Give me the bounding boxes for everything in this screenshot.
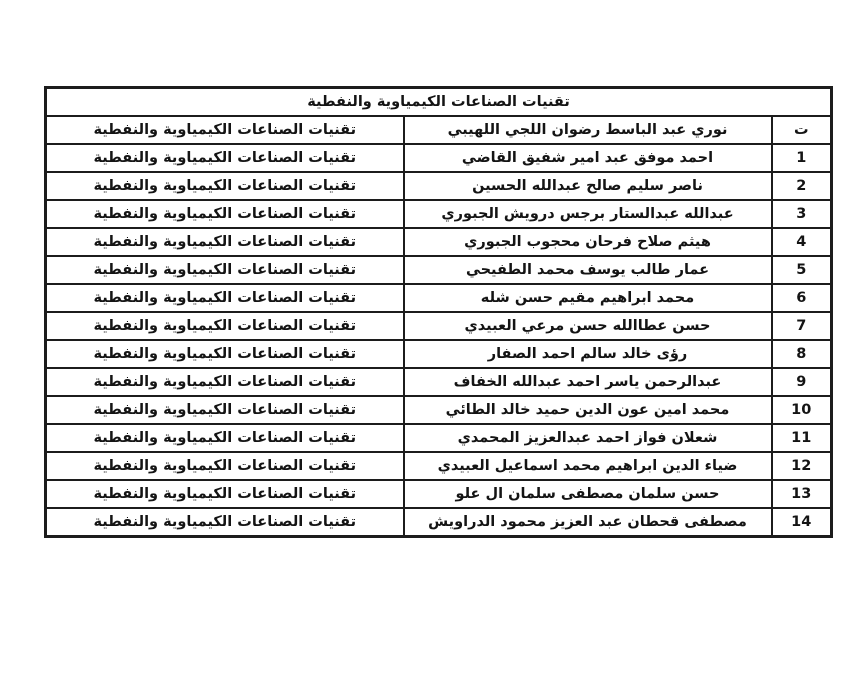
student-name-cell: احمد موفق عبد امير شفيق القاضي bbox=[404, 144, 772, 172]
student-name-cell: شعلان فواز احمد عبدالعزيز المحمدي bbox=[404, 424, 772, 452]
department-cell: تقنيات الصناعات الكيمياوية والنفطية bbox=[46, 172, 404, 200]
table-title: تقنيات الصناعات الكيمياوية والنفطية bbox=[46, 88, 832, 117]
row-number-cell: 14 bbox=[772, 508, 832, 537]
table-row: 3 عبدالله عبدالستار برجس درويش الجبوري ت… bbox=[46, 200, 832, 228]
row-number-cell: 12 bbox=[772, 452, 832, 480]
row-number-cell: 3 bbox=[772, 200, 832, 228]
student-name-cell: ضياء الدين ابراهيم محمد اسماعيل العبيدي bbox=[404, 452, 772, 480]
table-container: تقنيات الصناعات الكيمياوية والنفطية ت نو… bbox=[44, 86, 833, 538]
student-name-cell: محمد ابراهيم مقيم حسن شله bbox=[404, 284, 772, 312]
table-row: 5 عمار طالب يوسف محمد الطفيحي تقنيات الص… bbox=[46, 256, 832, 284]
row-number-cell: 7 bbox=[772, 312, 832, 340]
table-row: 1 احمد موفق عبد امير شفيق القاضي تقنيات … bbox=[46, 144, 832, 172]
row-number-cell: 9 bbox=[772, 368, 832, 396]
student-name-cell: محمد امين عون الدين حميد خالد الطائي bbox=[404, 396, 772, 424]
scanned-document-page: تقنيات الصناعات الكيمياوية والنفطية ت نو… bbox=[0, 0, 862, 685]
table-row: 10 محمد امين عون الدين حميد خالد الطائي … bbox=[46, 396, 832, 424]
student-name-cell: رؤى خالد سالم احمد الصفار bbox=[404, 340, 772, 368]
department-cell: تقنيات الصناعات الكيمياوية والنفطية bbox=[46, 284, 404, 312]
table-row: 12 ضياء الدين ابراهيم محمد اسماعيل العبي… bbox=[46, 452, 832, 480]
row-number-cell: 13 bbox=[772, 480, 832, 508]
row-number-cell: 6 bbox=[772, 284, 832, 312]
row-number-cell: ت bbox=[772, 116, 832, 144]
table-title-row: تقنيات الصناعات الكيمياوية والنفطية bbox=[46, 88, 832, 117]
student-name-cell: حسن عطاالله حسن مرعي العبيدي bbox=[404, 312, 772, 340]
department-cell: تقنيات الصناعات الكيمياوية والنفطية bbox=[46, 116, 404, 144]
department-cell: تقنيات الصناعات الكيمياوية والنفطية bbox=[46, 452, 404, 480]
table-row: 11 شعلان فواز احمد عبدالعزيز المحمدي تقن… bbox=[46, 424, 832, 452]
department-cell: تقنيات الصناعات الكيمياوية والنفطية bbox=[46, 256, 404, 284]
table-row: 2 ناصر سليم صالح عبدالله الحسين تقنيات ا… bbox=[46, 172, 832, 200]
student-name-cell: عمار طالب يوسف محمد الطفيحي bbox=[404, 256, 772, 284]
department-cell: تقنيات الصناعات الكيمياوية والنفطية bbox=[46, 368, 404, 396]
department-cell: تقنيات الصناعات الكيمياوية والنفطية bbox=[46, 144, 404, 172]
students-table: تقنيات الصناعات الكيمياوية والنفطية ت نو… bbox=[44, 86, 833, 538]
table-row: 4 هيثم صلاح فرحان محجوب الجبوري تقنيات ا… bbox=[46, 228, 832, 256]
table-body: تقنيات الصناعات الكيمياوية والنفطية ت نو… bbox=[46, 88, 832, 537]
table-row: 13 حسن سلمان مصطفى سلمان ال علو تقنيات ا… bbox=[46, 480, 832, 508]
row-number-cell: 10 bbox=[772, 396, 832, 424]
department-cell: تقنيات الصناعات الكيمياوية والنفطية bbox=[46, 480, 404, 508]
department-cell: تقنيات الصناعات الكيمياوية والنفطية bbox=[46, 424, 404, 452]
table-row: 9 عبدالرحمن ياسر احمد عبدالله الخفاف تقن… bbox=[46, 368, 832, 396]
row-number-cell: 2 bbox=[772, 172, 832, 200]
department-cell: تقنيات الصناعات الكيمياوية والنفطية bbox=[46, 508, 404, 537]
table-row: 6 محمد ابراهيم مقيم حسن شله تقنيات الصنا… bbox=[46, 284, 832, 312]
row-number-cell: 5 bbox=[772, 256, 832, 284]
student-name-cell: حسن سلمان مصطفى سلمان ال علو bbox=[404, 480, 772, 508]
student-name-cell: عبدالله عبدالستار برجس درويش الجبوري bbox=[404, 200, 772, 228]
row-number-cell: 11 bbox=[772, 424, 832, 452]
student-name-cell: ناصر سليم صالح عبدالله الحسين bbox=[404, 172, 772, 200]
row-number-cell: 4 bbox=[772, 228, 832, 256]
table-row: 7 حسن عطاالله حسن مرعي العبيدي تقنيات ال… bbox=[46, 312, 832, 340]
student-name-cell: هيثم صلاح فرحان محجوب الجبوري bbox=[404, 228, 772, 256]
student-name-cell: نوري عبد الباسط رضوان اللجي اللهيبي bbox=[404, 116, 772, 144]
department-cell: تقنيات الصناعات الكيمياوية والنفطية bbox=[46, 312, 404, 340]
table-row: 14 مصطفى قحطان عبد العزيز محمود الدراويش… bbox=[46, 508, 832, 537]
department-cell: تقنيات الصناعات الكيمياوية والنفطية bbox=[46, 200, 404, 228]
student-name-cell: مصطفى قحطان عبد العزيز محمود الدراويش bbox=[404, 508, 772, 537]
department-cell: تقنيات الصناعات الكيمياوية والنفطية bbox=[46, 228, 404, 256]
table-row: 8 رؤى خالد سالم احمد الصفار تقنيات الصنا… bbox=[46, 340, 832, 368]
row-number-cell: 8 bbox=[772, 340, 832, 368]
department-cell: تقنيات الصناعات الكيمياوية والنفطية bbox=[46, 396, 404, 424]
department-cell: تقنيات الصناعات الكيمياوية والنفطية bbox=[46, 340, 404, 368]
table-header-row: ت نوري عبد الباسط رضوان اللجي اللهيبي تق… bbox=[46, 116, 832, 144]
row-number-cell: 1 bbox=[772, 144, 832, 172]
student-name-cell: عبدالرحمن ياسر احمد عبدالله الخفاف bbox=[404, 368, 772, 396]
